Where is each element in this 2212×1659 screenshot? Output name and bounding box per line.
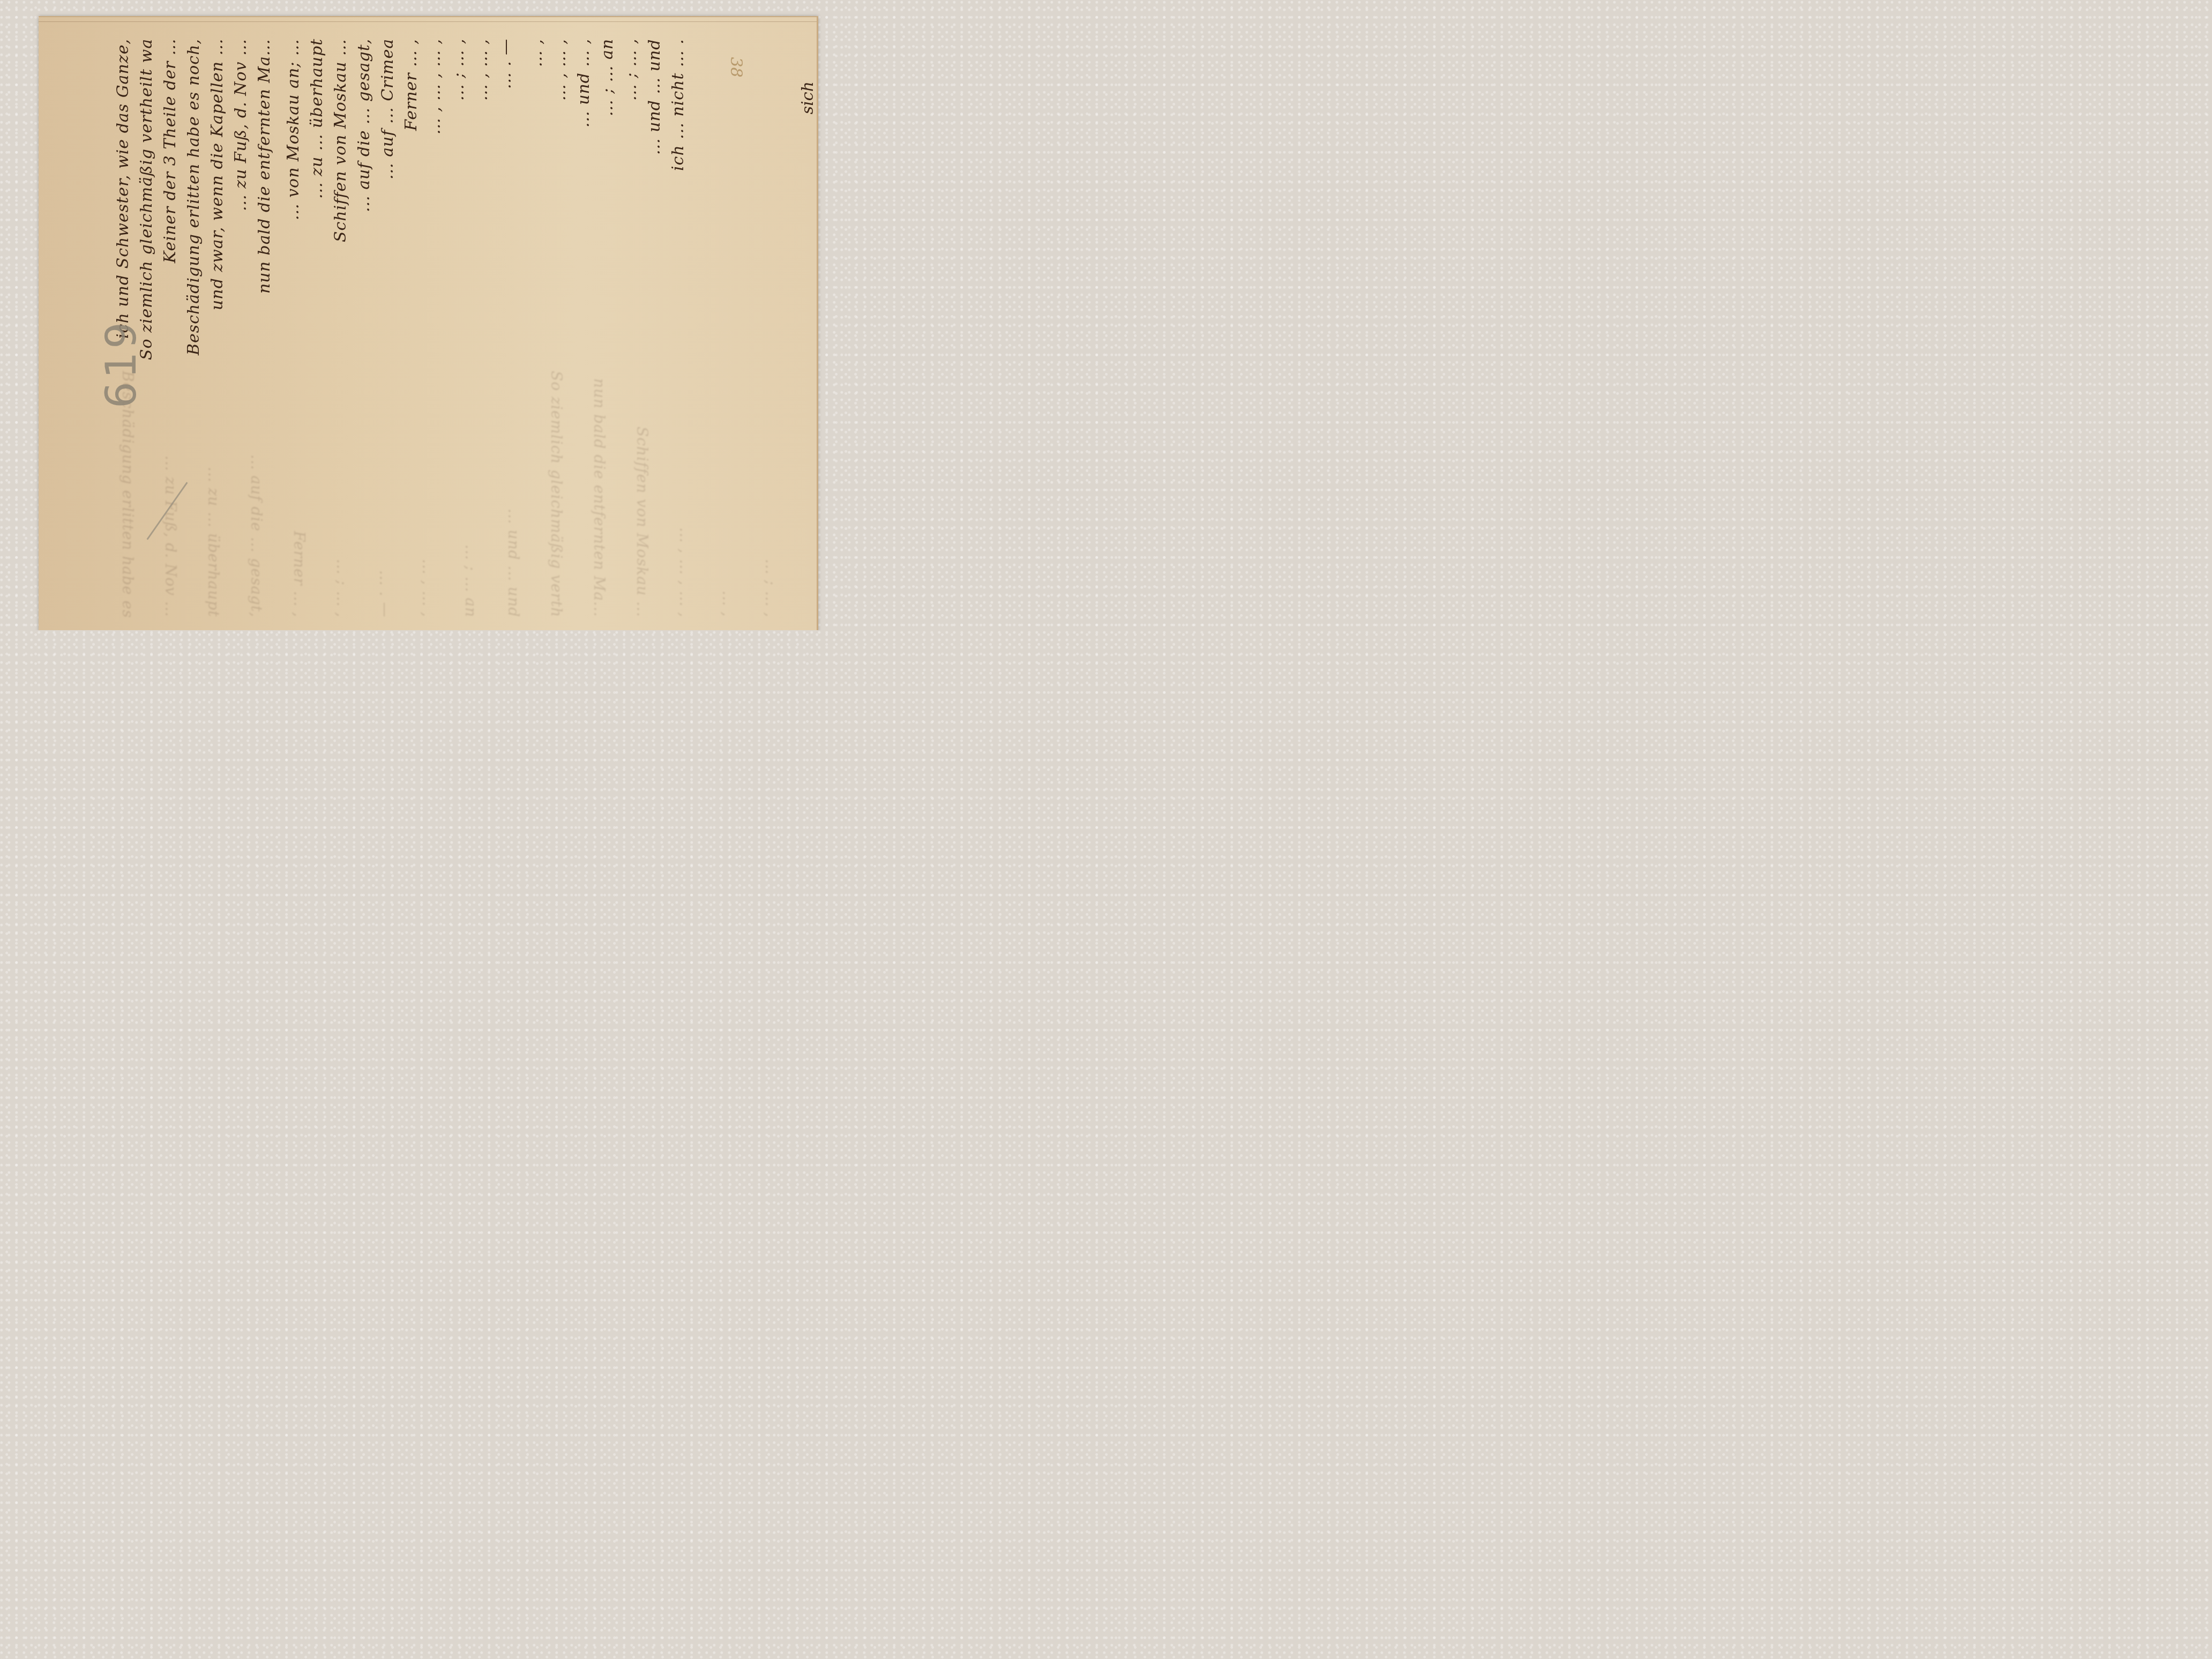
manuscript-line: ich und Schwester, wie das Ganze, — [114, 39, 132, 360]
manuscript-line: Keiner der 3 Theile der ... — [161, 39, 180, 360]
bleed-line: ... , ... , ... , — [676, 371, 694, 617]
bleed-line: ... zu ... überhaupt — [205, 371, 222, 617]
bleed-line: ... zu Fuß, d. Nov ... — [162, 371, 180, 617]
manuscript-line: ... auf die ... gesagt, — [355, 39, 373, 360]
manuscript-line: Ferner ... , — [402, 39, 421, 360]
handwritten-text-block: ich und Schwester, wie das Ganze, So zie… — [114, 39, 821, 371]
manuscript-line: ... , ... , ... , — [425, 39, 444, 360]
bleed-line: Schiffen von Moskau ... — [633, 371, 651, 617]
manuscript-line: nun bald die entfernten Ma... — [255, 39, 274, 360]
bleed-through-text: Beschädigung erlitten habe es noch, ... … — [98, 371, 810, 623]
manuscript-line: ... von Moskau an; ... — [284, 39, 303, 360]
manuscript-line: ... , — [527, 39, 546, 360]
manuscript-line: ... ; ... , — [449, 39, 468, 360]
bleed-line: ... und ... und — [505, 371, 522, 617]
manuscript-line: ... und ... , — [574, 39, 593, 360]
manuscript-line: ... . — — [496, 39, 515, 360]
manuscript-line: ... , ... , — [473, 39, 491, 360]
manuscript-line: Beschädigung erlitten habe es noch, — [184, 39, 203, 360]
manuscript-sheet: ich und Schwester, wie das Ganze, So zie… — [39, 16, 818, 630]
bleed-line: So ziemlich gleichmäßig vertheilt war; — [548, 371, 565, 617]
catchword: sich — [798, 81, 817, 114]
manuscript-line: ... auf ... Crimea — [378, 39, 397, 360]
bleed-line: ... , ... , — [419, 371, 437, 617]
bleed-line: ... auf die ... gesagt, — [248, 371, 265, 617]
manuscript-line: ... ; ... , — [622, 39, 640, 360]
manuscript-line: ... , ... , — [551, 39, 570, 360]
manuscript-line: ... zu Fuß, d. Nov ... — [231, 39, 250, 360]
bleed-line: ... ; ... an — [462, 371, 480, 617]
manuscript-line: ... und ... und — [645, 39, 664, 360]
page-number: 38 — [727, 57, 745, 77]
bleed-line: ... ; ... , — [333, 371, 351, 617]
bleed-line: ... ; ... , — [762, 371, 780, 617]
manuscript-line: ... ; ... an — [598, 39, 617, 360]
manuscript-line: So ziemlich gleichmäßig vertheilt war; — [137, 39, 156, 360]
bleed-line: ... . — — [376, 371, 394, 617]
manuscript-line: Schiffen von Moskau ... — [331, 39, 350, 360]
bleed-line: nun bald die entfernten Ma... — [591, 371, 608, 617]
manuscript-line: ... zu ... überhaupt — [308, 39, 326, 360]
archive-pencil-number: 619 — [98, 319, 146, 408]
manuscript-line: und zwar, wenn die Kapellen ... — [208, 39, 227, 360]
manuscript-line: ich ... nicht ... . — [669, 39, 687, 360]
bleed-line: ... , — [719, 371, 737, 617]
bleed-line: Ferner ... , — [290, 371, 308, 617]
